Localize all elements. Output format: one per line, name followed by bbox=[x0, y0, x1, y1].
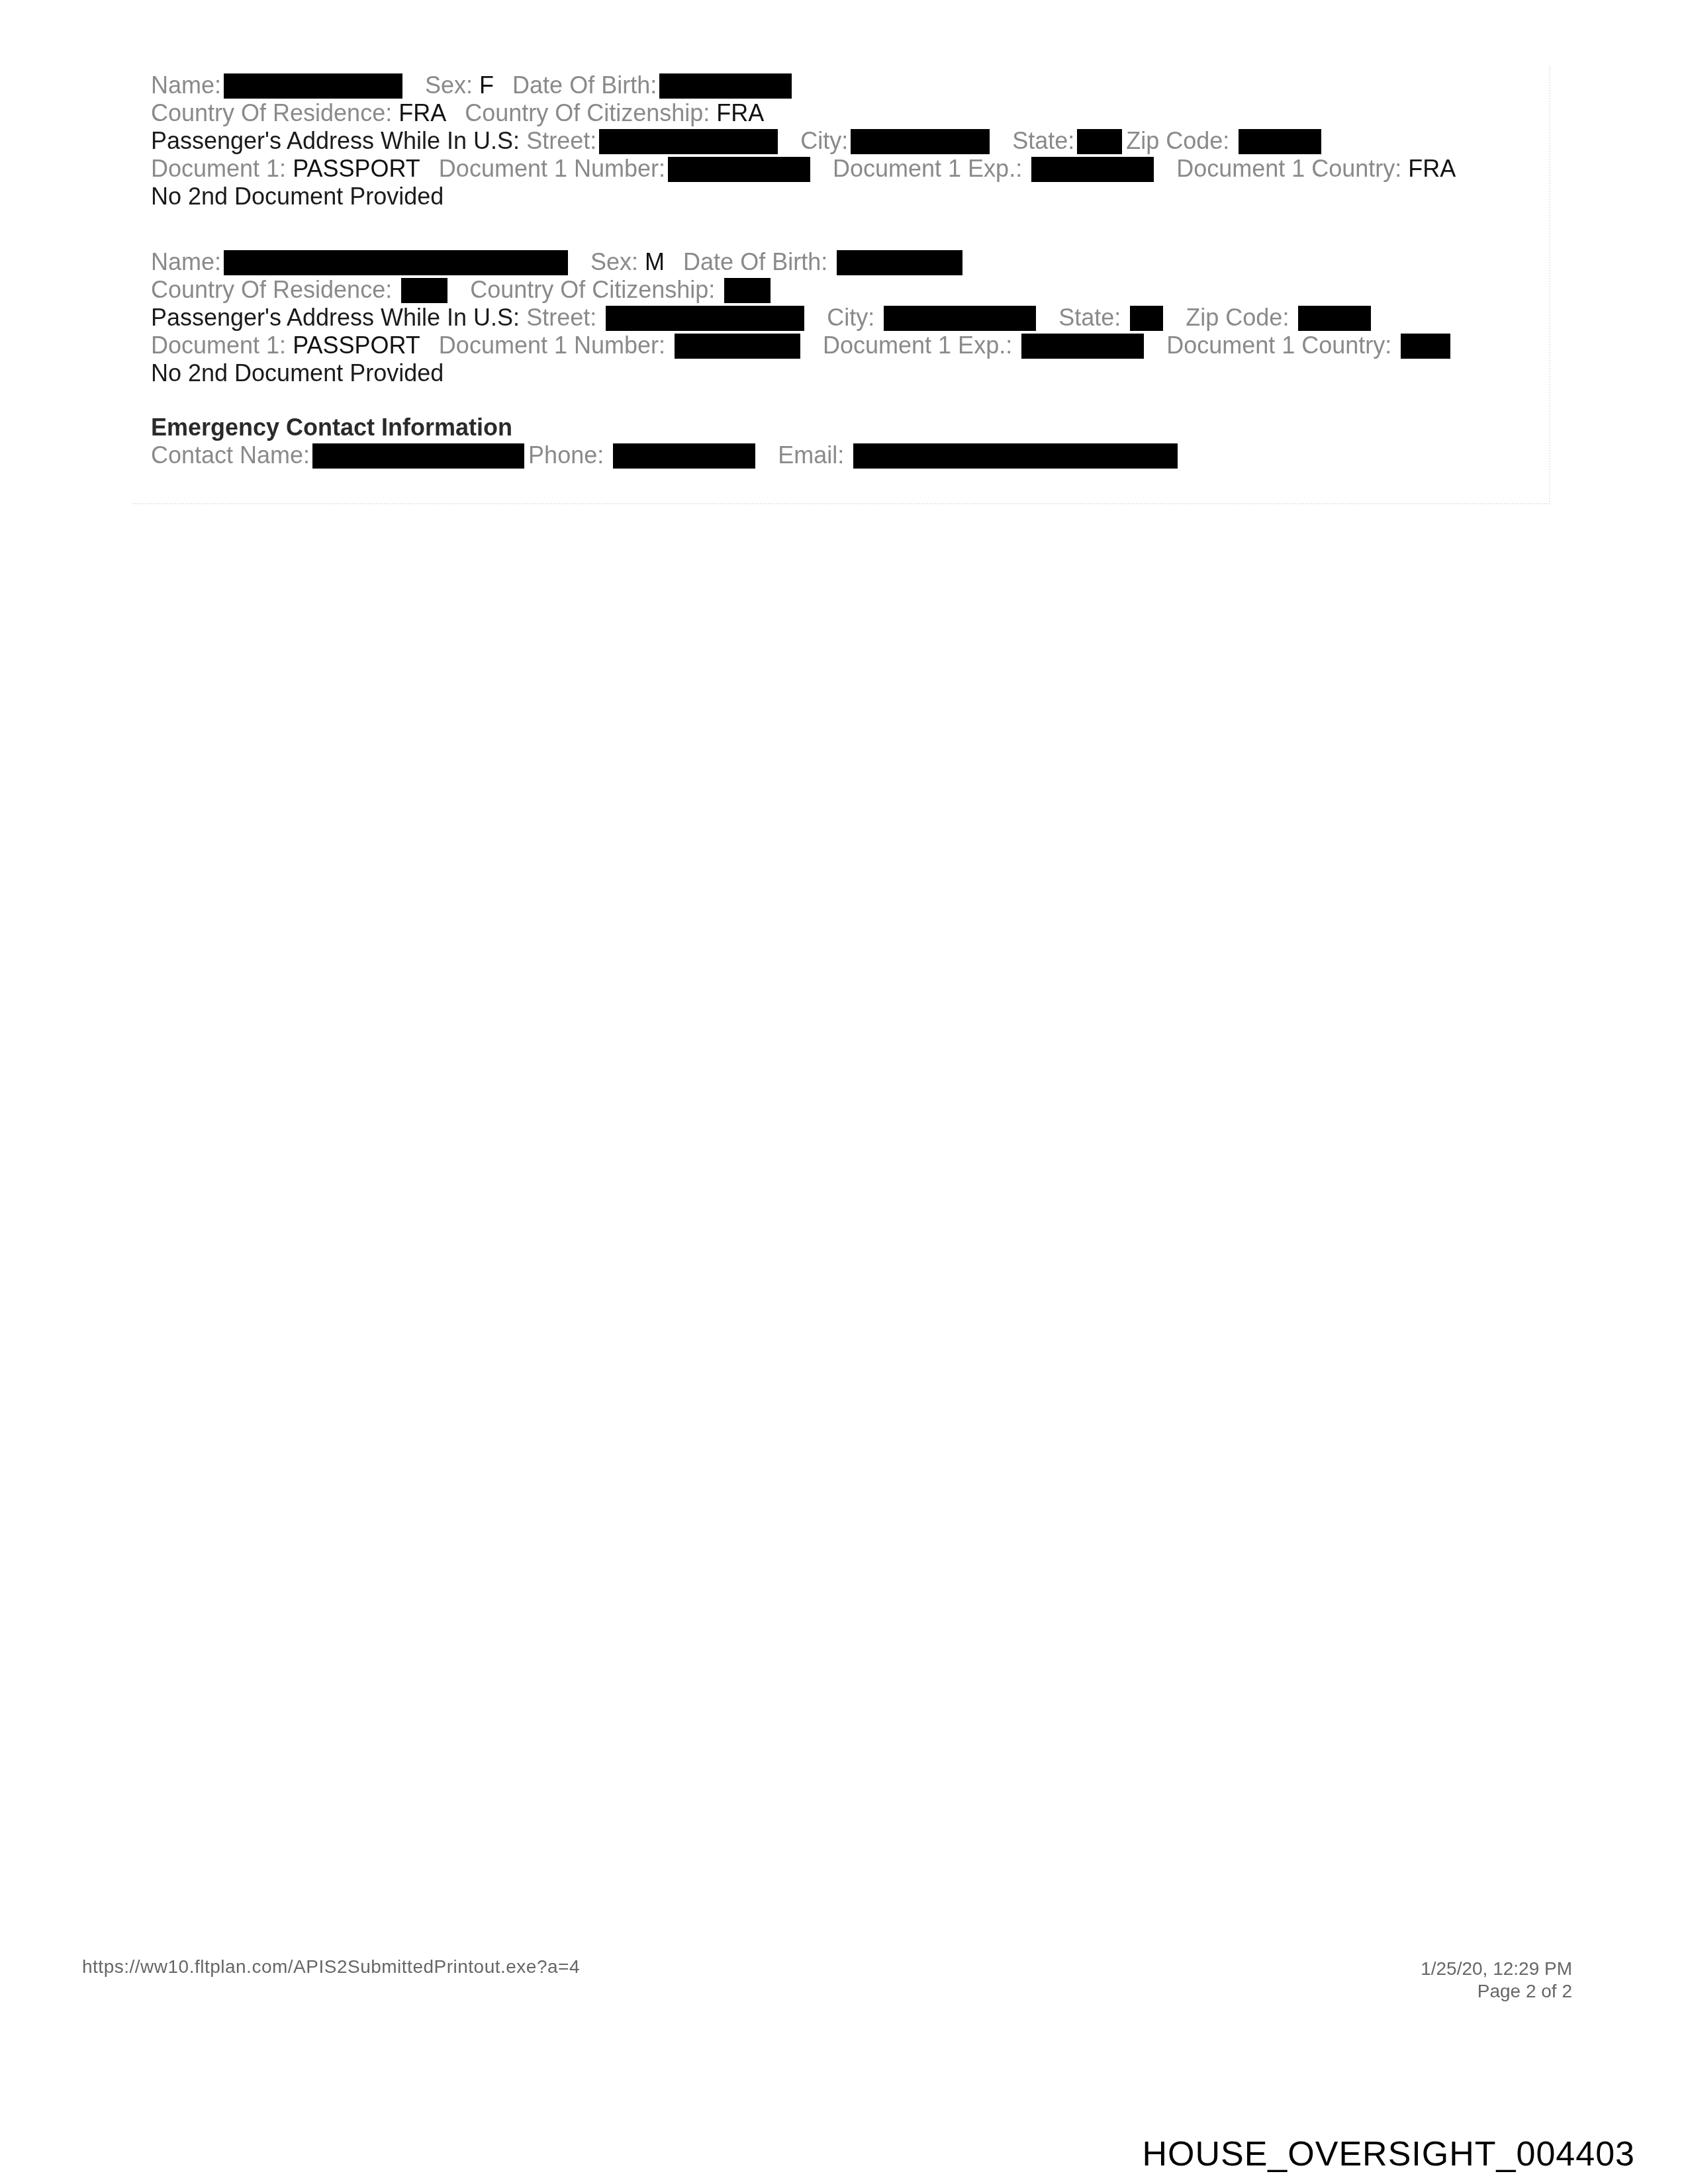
redaction-block bbox=[724, 278, 771, 303]
redaction-block bbox=[1130, 306, 1163, 331]
redaction-block bbox=[851, 129, 990, 154]
redaction-block bbox=[853, 443, 1178, 469]
redaction-block bbox=[1077, 129, 1122, 154]
redaction-block bbox=[1021, 334, 1144, 359]
redaction-block bbox=[401, 278, 447, 303]
redaction-block bbox=[659, 73, 792, 99]
passenger-record-1: Name:Sex: FDate Of Birth: Country Of Res… bbox=[151, 71, 1456, 210]
source-url: https://ww10.fltplan.com/APIS2SubmittedP… bbox=[82, 1956, 580, 1978]
redaction-block bbox=[312, 443, 524, 469]
passenger-record-2: Name:Sex: MDate Of Birth: Country Of Res… bbox=[151, 248, 1454, 387]
sex-value: F bbox=[479, 71, 494, 99]
print-timestamp: 1/25/20, 12:29 PM bbox=[1421, 1958, 1572, 1980]
redaction-block bbox=[1401, 334, 1450, 359]
section-heading: Emergency Contact Information bbox=[151, 414, 1182, 441]
redaction-block bbox=[668, 157, 810, 182]
redaction-block bbox=[675, 334, 800, 359]
redaction-block bbox=[1239, 129, 1321, 154]
bates-number: HOUSE_OVERSIGHT_004403 bbox=[1142, 2134, 1635, 2174]
emergency-contact-section: Emergency Contact Information Contact Na… bbox=[151, 414, 1182, 469]
redaction-block bbox=[224, 250, 568, 275]
redaction-block bbox=[599, 129, 778, 154]
redaction-block bbox=[613, 443, 755, 469]
redaction-block bbox=[224, 73, 402, 99]
redaction-block bbox=[1031, 157, 1154, 182]
name-label: Name: bbox=[151, 71, 221, 99]
redaction-block bbox=[606, 306, 804, 331]
redaction-block bbox=[884, 306, 1036, 331]
redaction-block bbox=[1298, 306, 1371, 331]
redaction-block bbox=[837, 250, 962, 275]
page-number: Page 2 of 2 bbox=[1421, 1980, 1572, 2003]
print-info: 1/25/20, 12:29 PM Page 2 of 2 bbox=[1421, 1958, 1572, 2003]
